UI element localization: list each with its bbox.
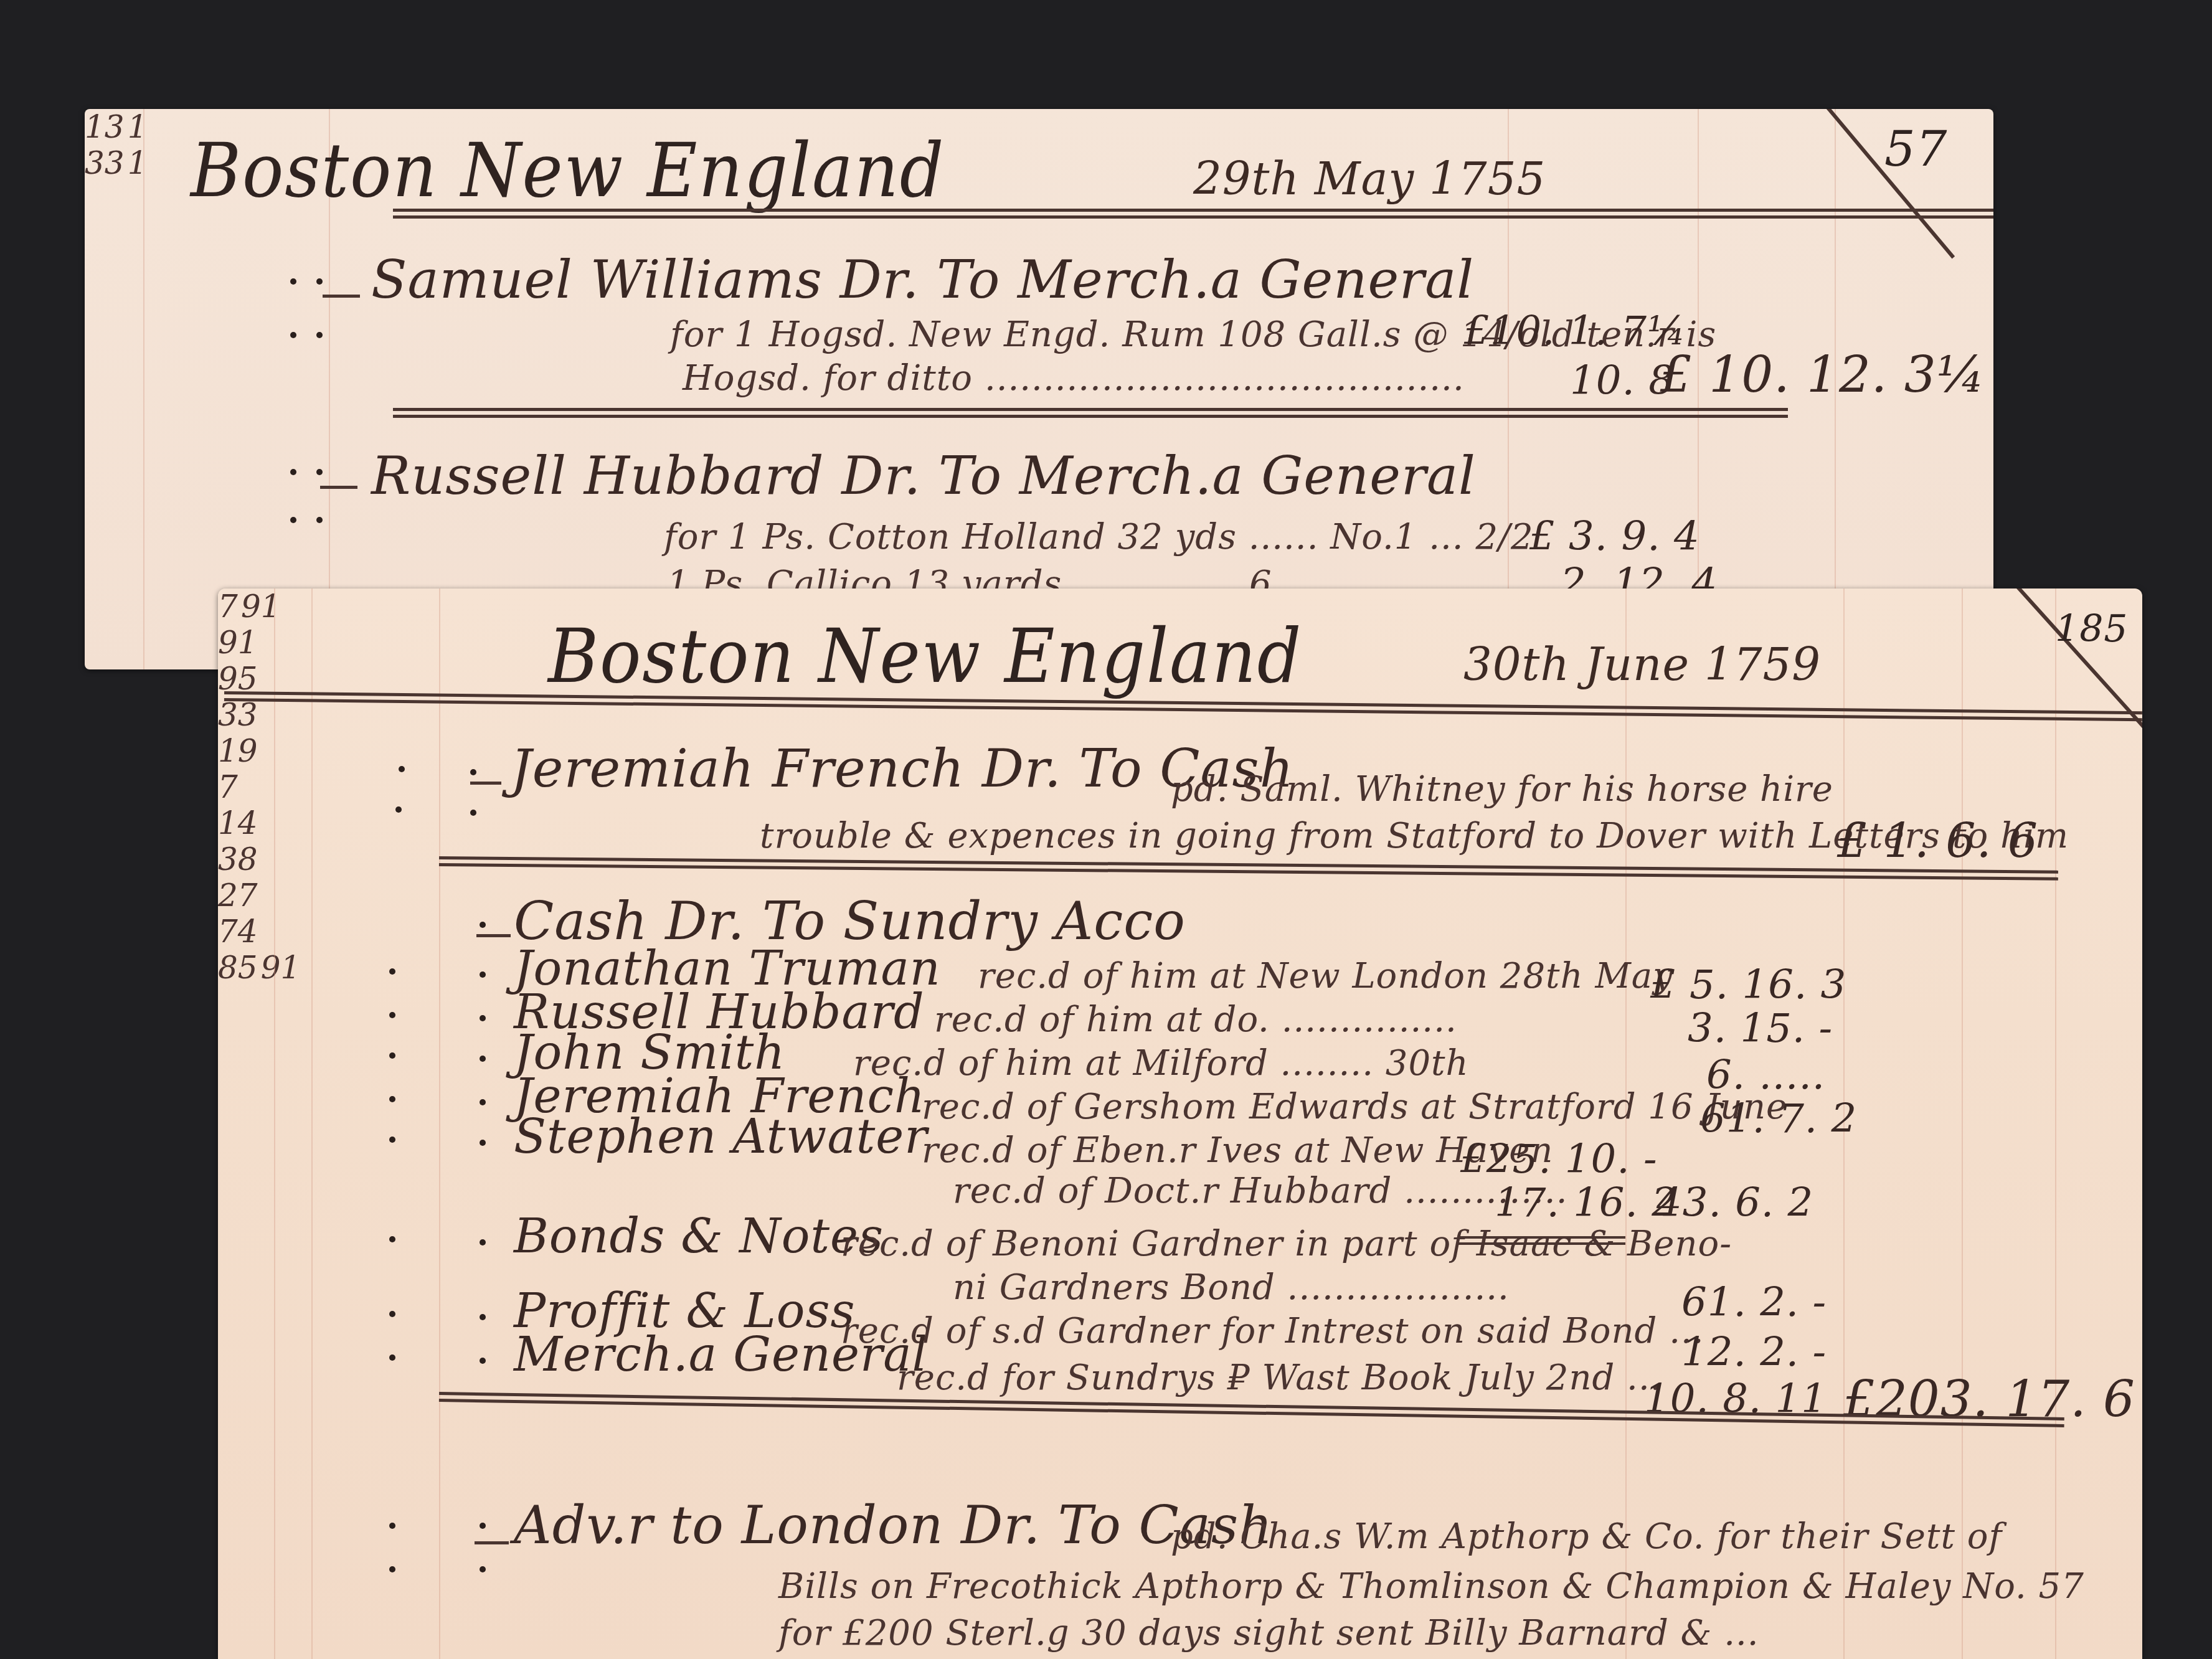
account-name: Bonds & Notes xyxy=(514,1208,884,1264)
item-amount: £ 5. 16. 3 xyxy=(1650,962,1846,1008)
folio-number: 33 xyxy=(85,145,125,181)
line-amount: £10. 1. 7¼ xyxy=(1464,308,1686,354)
page-number: 57 xyxy=(1884,121,1947,177)
folio-number: 14 xyxy=(218,805,258,841)
folio-number: 91 xyxy=(261,950,301,986)
item-amount: 12. 2. - xyxy=(1681,1330,1827,1376)
item-description: rec.d of him at Milford ........ 30th xyxy=(853,1043,1469,1084)
item-description: rec.d of Eben.r Ives at New Haven xyxy=(922,1130,1553,1171)
item-description: rec.d of s.d Gardner for Intrest on said… xyxy=(841,1311,1704,1351)
ledger-page-1755: Boston New England 29th May 1755 57 13 1… xyxy=(85,109,1993,669)
folio-number: 13 xyxy=(85,109,125,145)
folio-number: 27 xyxy=(218,877,258,914)
account-name: Stephen Atwater xyxy=(514,1108,928,1164)
entry-total: £ 1. 6. 6 xyxy=(1837,813,2038,868)
item-description-2: rec.d of Doct.r Hubbard .............. xyxy=(953,1171,1567,1211)
item-amount: 43. 6. 2 xyxy=(1657,1180,1813,1226)
ledger-page-1759: Boston New England 30th June 1759 185 7 … xyxy=(218,588,2142,1659)
folio-number: 74 xyxy=(218,914,258,950)
account-name: Merch.a General xyxy=(514,1326,928,1382)
item-description: rec.d of Gershom Edwards at Stratford 16… xyxy=(922,1087,1787,1127)
folio-number: 38 xyxy=(218,841,258,877)
page-date: 30th June 1759 xyxy=(1463,638,1821,691)
entry-heading-tail: pd. Cha.s W.m Apthorp & Co. for their Se… xyxy=(1171,1516,2002,1557)
entry-line: Bills on Frecothick Apthorp & Thomlinson… xyxy=(778,1566,2084,1607)
entry-heading: Samuel Williams Dr. To Merch.a General xyxy=(371,249,1474,310)
item-amount: 3. 15. - xyxy=(1688,1006,1833,1052)
page-date: 29th May 1755 xyxy=(1193,153,1546,205)
item-description: rec.d for Sundrys ₽ Wast Book July 2nd .… xyxy=(897,1358,1662,1398)
item-description: rec.d of him at New London 28th May xyxy=(978,956,1673,996)
entry-double-rule xyxy=(393,408,1788,418)
item-description-2: ni Gardners Bond ................... xyxy=(953,1267,1510,1308)
page-title: Boston New England xyxy=(191,128,945,214)
item-description: rec.d of Benoni Gardner in part of Isaac… xyxy=(841,1224,1732,1264)
entry-line: Hogsd. for ditto .......................… xyxy=(683,358,1465,399)
entry-total: £ 10. 12. 3¼ xyxy=(1660,346,1985,404)
entry-heading: Adv.r to London Dr. To Cash xyxy=(514,1495,1273,1556)
line-amount: 10. 8 xyxy=(1570,358,1675,404)
folio-number: 33 xyxy=(218,697,258,733)
page-title: Boston New England xyxy=(548,613,1302,700)
header-double-rule xyxy=(393,209,1993,219)
page-number: 185 xyxy=(2055,607,2129,651)
folio-number: 7 xyxy=(218,769,238,805)
folio-number: 7 xyxy=(218,588,238,625)
folio-number: 91 xyxy=(218,625,258,661)
entry-line: for £200 Sterl.g 30 days sight sent Bill… xyxy=(778,1613,1759,1653)
item-amount: 61. 7. 2 xyxy=(1700,1096,1857,1142)
item-sub-amount-2: 17. 16. 2 xyxy=(1495,1180,1678,1226)
entry-heading-tail: pd. Saml. Whitney for his horse hire xyxy=(1171,769,1833,810)
folio-number: 19 xyxy=(218,733,258,769)
line-amount: £ 3. 9. 4 xyxy=(1529,514,1700,560)
folio-number: 85 xyxy=(218,950,258,986)
entry-heading: Russell Hubbard Dr. To Merch.a General xyxy=(371,445,1476,506)
entry-line: for 1 Ps. Cotton Holland 32 yds ...... N… xyxy=(664,517,1534,557)
item-description: rec.d of him at do. ............... xyxy=(934,1000,1457,1040)
